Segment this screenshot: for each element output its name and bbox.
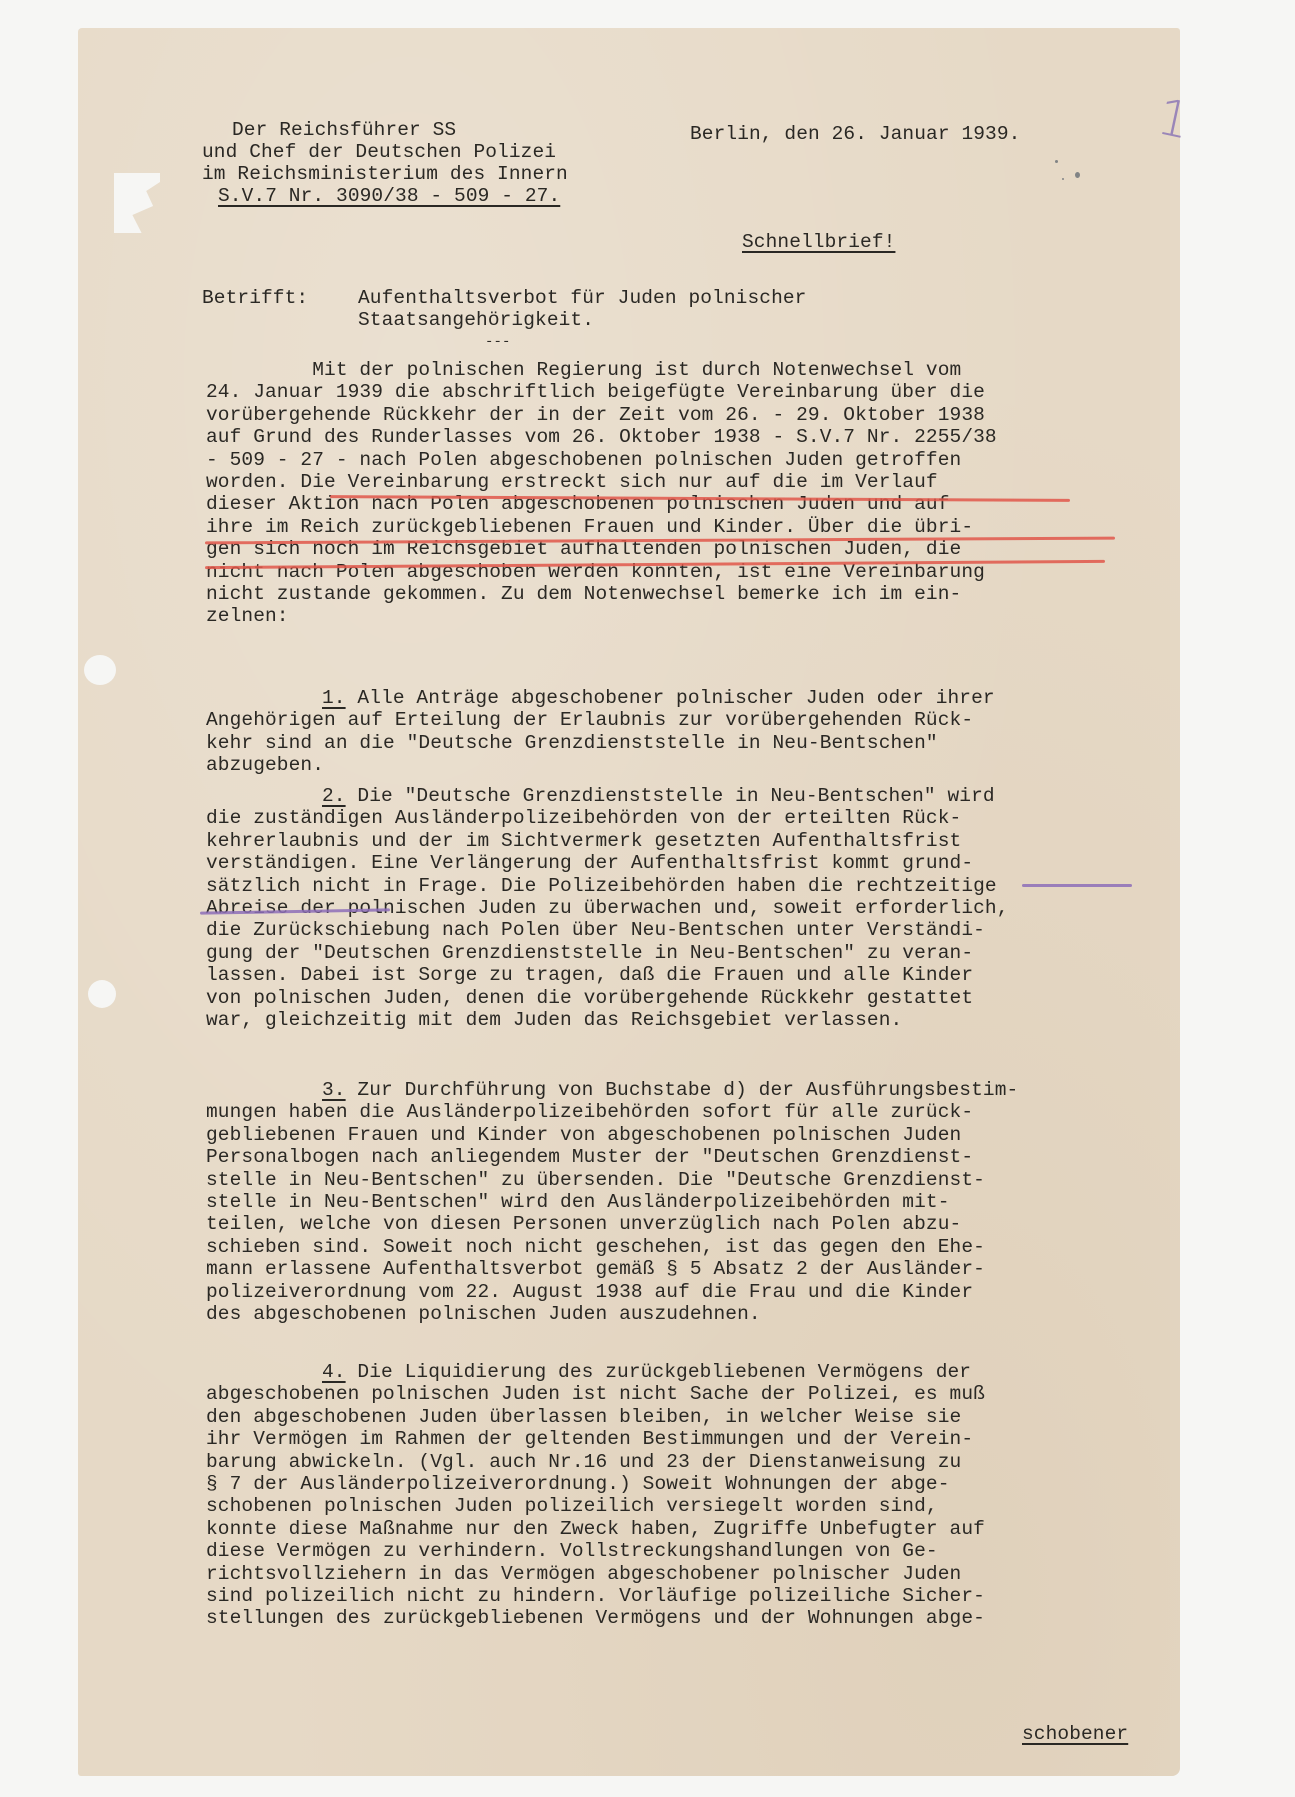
body-line: 24. Januar 1939 die abschriftlich beigef… [206, 382, 985, 403]
body-line: abgeschobenen polnischen Juden ist nicht… [206, 1384, 985, 1405]
point-number: 4. [322, 1361, 346, 1383]
ink-speck [1055, 160, 1058, 163]
body-line: worden. Die Vereinbarung erstreckt sich … [206, 472, 938, 493]
point-number: 3. [322, 1079, 346, 1101]
reference-number: S.V.7 Nr. 3090/38 - 509 - 27. [218, 186, 560, 207]
body-line: den abgeschobenen Juden überlassen bleib… [206, 1407, 961, 1428]
point-text: Die "Deutsche Grenzdienststelle in Neu-B… [346, 785, 995, 807]
body-line: stelle in Neu-Bentschen" wird den Auslän… [206, 1192, 950, 1213]
body-line: war, gleichzeitig mit dem Juden das Reic… [206, 1010, 902, 1031]
body-line: - 509 - 27 - nach Polen abgeschobenen po… [206, 450, 961, 471]
body-line: § 7 der Ausländerpolizeiverordnung.) Sow… [206, 1474, 950, 1495]
urgent-marking: Schnellbrief! [742, 232, 895, 253]
point-text: Alle Anträge abgeschobener polnischer Ju… [346, 687, 995, 709]
body-line: des abgeschobenen polnischen Juden auszu… [206, 1304, 761, 1325]
body-line: kehrerlaubnis und der im Sichtvermerk ge… [206, 831, 961, 852]
body-line: Angehörigen auf Erteilung der Erlaubnis … [206, 710, 973, 731]
sender-line-1: Der Reichsführer SS [232, 120, 456, 141]
point-text: Die Liquidierung des zurückgebliebenen V… [346, 1361, 972, 1383]
place-date: Berlin, den 26. Januar 1939. [690, 124, 1020, 145]
body-line: schobenen polnischen Juden polizeilich v… [206, 1496, 938, 1517]
body-line: die Zurückschiebung nach Polen über Neu-… [206, 920, 985, 941]
purple-pencil-underline [1022, 884, 1132, 887]
body-line: richtsvollziehern in das Vermögen abgesc… [206, 1564, 961, 1585]
body-line: von polnischen Juden, denen die vorüberg… [206, 988, 973, 1009]
body-line: gebliebenen Frauen und Kinder von abgesc… [206, 1125, 961, 1146]
subject-separator: --- [485, 332, 511, 353]
punch-hole [88, 980, 116, 1008]
body-line: sind polizeilich nicht zu hindern. Vorlä… [206, 1586, 985, 1607]
numbered-point-line: 4. Die Liquidierung des zurückgebliebene… [322, 1362, 971, 1383]
body-line: schieben sind. Soweit noch nicht gescheh… [206, 1237, 985, 1258]
numbered-point-line: 1. Alle Anträge abgeschobener polnischer… [322, 688, 995, 709]
point-text: Zur Durchführung von Buchstabe d) der Au… [346, 1079, 1019, 1101]
subject-line-2: Staatsangehörigkeit. [358, 310, 594, 331]
body-line: ihr Vermögen im Rahmen der geltenden Bes… [206, 1429, 973, 1450]
ink-speck [1062, 178, 1064, 180]
body-line: Mit der polnischen Regierung ist durch N… [206, 360, 961, 381]
subject-line-1: Aufenthaltsverbot für Juden polnischer [358, 288, 806, 309]
body-line: nicht zustande gekommen. Zu dem Notenwec… [206, 584, 961, 605]
body-line: mungen haben die Ausländerpolizeibehörde… [206, 1102, 973, 1123]
body-line: abzugeben. [206, 755, 324, 776]
body-line: die zuständigen Ausländerpolizeibehörden… [206, 808, 961, 829]
numbered-point-line: 2. Die "Deutsche Grenzdienststelle in Ne… [322, 786, 995, 807]
body-line: Personalbogen nach anliegendem Muster de… [206, 1147, 973, 1168]
ink-speck [1075, 172, 1080, 178]
body-line: diese Vermögen zu verhindern. Vollstreck… [206, 1541, 938, 1562]
subject-label: Betrifft: [202, 288, 308, 309]
body-line: stellungen des zurückgebliebenen Vermöge… [206, 1608, 985, 1629]
point-number: 2. [322, 785, 346, 807]
body-line: lassen. Dabei ist Sorge zu tragen, daß d… [206, 965, 973, 986]
punch-hole [84, 655, 116, 685]
body-line: kehr sind an die "Deutsche Grenzdienstst… [206, 733, 938, 754]
body-line: konnte diese Maßnahme nur den Zweck habe… [206, 1519, 985, 1540]
body-line: vorübergehende Rückkehr der in der Zeit … [206, 405, 985, 426]
body-line: auf Grund des Runderlasses vom 26. Oktob… [206, 427, 997, 448]
point-number: 1. [322, 687, 346, 709]
body-line: verständigen. Eine Verlängerung der Aufe… [206, 853, 973, 874]
torn-corner [114, 173, 160, 233]
sender-line-3: im Reichsministerium des Innern [202, 164, 568, 185]
body-line: teilen, welche von diesen Personen unver… [206, 1214, 961, 1235]
body-line: ihre im Reich zurückgebliebenen Frauen u… [206, 517, 973, 538]
body-line: zelnen: [206, 606, 289, 627]
sender-line-2: und Chef der Deutschen Polizei [202, 142, 556, 163]
body-line: gung der "Deutschen Grenzdienststelle in… [206, 943, 973, 964]
catchword: schobener [1022, 1724, 1128, 1745]
body-line: barung abwickeln. (Vgl. auch Nr.16 und 2… [206, 1452, 961, 1473]
body-line: sätzlich nicht in Frage. Die Polizeibehö… [206, 876, 997, 897]
body-line: stelle in Neu-Bentschen" zu übersenden. … [206, 1170, 985, 1191]
numbered-point-line: 3. Zur Durchführung von Buchstabe d) der… [322, 1080, 1018, 1101]
body-line: polizeiverordnung vom 22. August 1938 au… [206, 1282, 973, 1303]
body-line: mann erlassene Aufenthaltsverbot gemäß §… [206, 1259, 985, 1280]
